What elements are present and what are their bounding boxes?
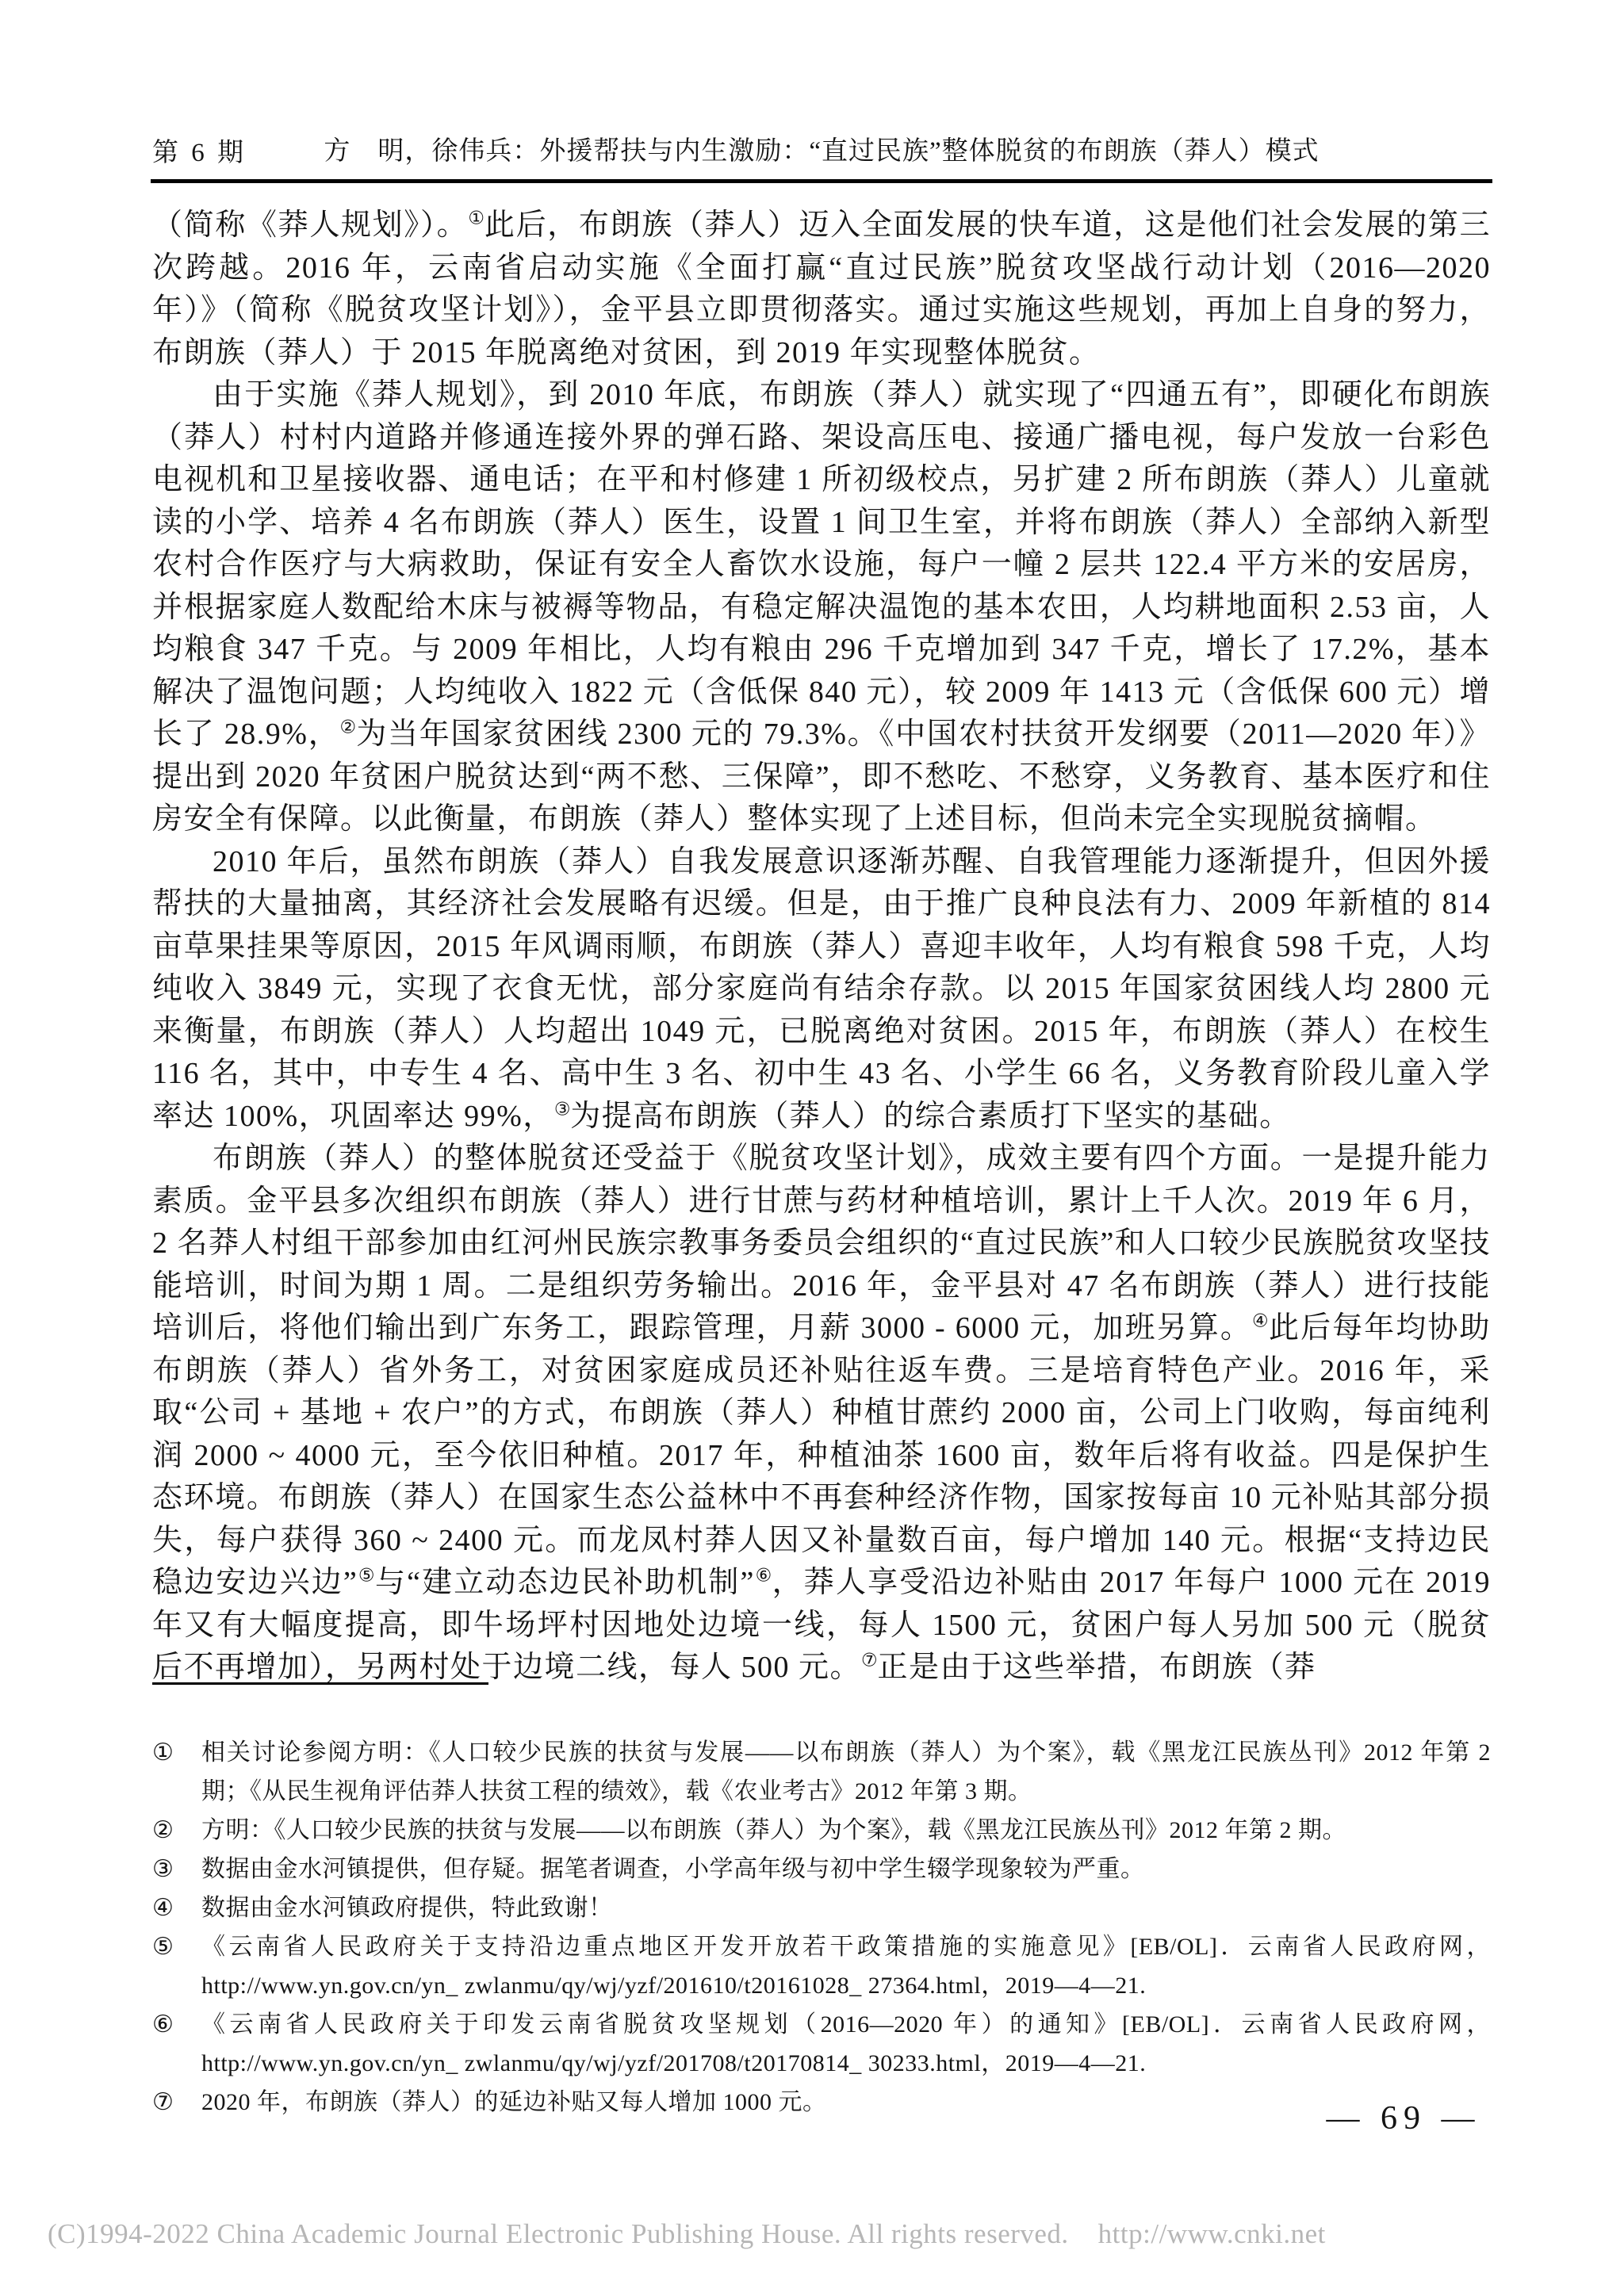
- footnote-ref: ②: [340, 717, 357, 737]
- footnote-item: ④数据由金水河镇政府提供，特此致谢！: [152, 1888, 1491, 1927]
- footnote-number: ④: [152, 1888, 201, 1927]
- running-title: 方 明，徐伟兵：外援帮扶与内生激励：“直过民族”整体脱贫的布朗族（莽人）模式: [152, 130, 1491, 167]
- footnote-ref: ③: [554, 1099, 570, 1119]
- running-head: 第 6 期 方 明，徐伟兵：外援帮扶与内生激励：“直过民族”整体脱贫的布朗族（莽…: [152, 130, 1491, 170]
- footnote-item: ③数据由金水河镇提供，但存疑。据笔者调查，小学高年级与初中学生辍学现象较为严重。: [152, 1850, 1491, 1888]
- page-number: — 69 —: [1300, 2099, 1507, 2137]
- footnote-text: 方明：《人口较少民族的扶贫与发展——以布朗族（莽人）为个案》，载《黑龙江民族丛刊…: [201, 1811, 1491, 1850]
- footnote-item: ⑤《云南省人民政府关于支持沿边重点地区开发开放若干政策措施的实施意见》[EB/O…: [152, 1927, 1491, 2005]
- journal-page: 第 6 期 方 明，徐伟兵：外援帮扶与内生激励：“直过民族”整体脱贫的布朗族（莽…: [0, 0, 1624, 2296]
- header-rule: [151, 179, 1492, 183]
- footnote-item: ⑦2020 年，布朗族（莽人）的延边补贴又每人增加 1000 元。: [152, 2083, 1491, 2122]
- footnote-text: 数据由金水河镇政府提供，特此致谢！: [201, 1888, 1491, 1927]
- footnote-ref: ⑤: [358, 1565, 375, 1585]
- footnote-number: ①: [152, 1733, 201, 1811]
- footnote-number: ③: [152, 1850, 201, 1888]
- footnote-number: ②: [152, 1811, 201, 1850]
- footnote-ref: ⑦: [861, 1650, 877, 1670]
- footnote-number: ⑤: [152, 1927, 201, 2005]
- footnote-item: ①相关讨论参阅方明：《人口较少民族的扶贫与发展——以布朗族（莽人）为个案》，载《…: [152, 1733, 1491, 1811]
- footnote-text: 2020 年，布朗族（莽人）的延边补贴又每人增加 1000 元。: [201, 2083, 1491, 2122]
- body-paragraph: 布朗族（莽人）的整体脱贫还受益于《脱贫攻坚计划》，成效主要有四个方面。一是提升能…: [152, 1138, 1491, 1689]
- footnote-number: ⑥: [152, 2005, 201, 2083]
- body-text: （简称《莽人规划》）。①此后，布朗族（莽人）迈入全面发展的快车道，这是他们社会发…: [152, 205, 1491, 1689]
- footnotes: ①相关讨论参阅方明：《人口较少民族的扶贫与发展——以布朗族（莽人）为个案》，载《…: [152, 1733, 1491, 2122]
- footnote-text: 数据由金水河镇提供，但存疑。据笔者调查，小学高年级与初中学生辍学现象较为严重。: [201, 1850, 1491, 1888]
- body-paragraph: （简称《莽人规划》）。①此后，布朗族（莽人）迈入全面发展的快车道，这是他们社会发…: [152, 205, 1491, 374]
- footnote-text: 相关讨论参阅方明：《人口较少民族的扶贫与发展——以布朗族（莽人）为个案》，载《黑…: [201, 1733, 1491, 1811]
- footnote-ref: ④: [1252, 1311, 1269, 1330]
- body-paragraph: 由于实施《莽人规划》，到 2010 年底，布朗族（莽人）就实现了“四通五有”，即…: [152, 374, 1491, 841]
- footnote-text: 《云南省人民政府关于印发云南省脱贫攻坚规划（2016—2020 年）的通知》[E…: [201, 2005, 1491, 2083]
- footnote-separator: [152, 1682, 488, 1685]
- footnote-item: ②方明：《人口较少民族的扶贫与发展——以布朗族（莽人）为个案》，载《黑龙江民族丛…: [152, 1811, 1491, 1850]
- body-paragraph: 2010 年后，虽然布朗族（莽人）自我发展意识逐渐苏醒、自我管理能力逐渐提升，但…: [152, 841, 1491, 1138]
- footnote-text: 《云南省人民政府关于支持沿边重点地区开发开放若干政策措施的实施意见》[EB/OL…: [201, 1927, 1491, 2005]
- footnote-item: ⑥《云南省人民政府关于印发云南省脱贫攻坚规划（2016—2020 年）的通知》[…: [152, 2005, 1491, 2083]
- footnote-ref: ①: [468, 208, 485, 228]
- issue-label: 第 6 期: [152, 132, 247, 169]
- footnote-number: ⑦: [152, 2083, 201, 2122]
- cnki-watermark: (C)1994-2022 China Academic Journal Elec…: [48, 2218, 1326, 2250]
- footnote-ref: ⑥: [755, 1565, 772, 1585]
